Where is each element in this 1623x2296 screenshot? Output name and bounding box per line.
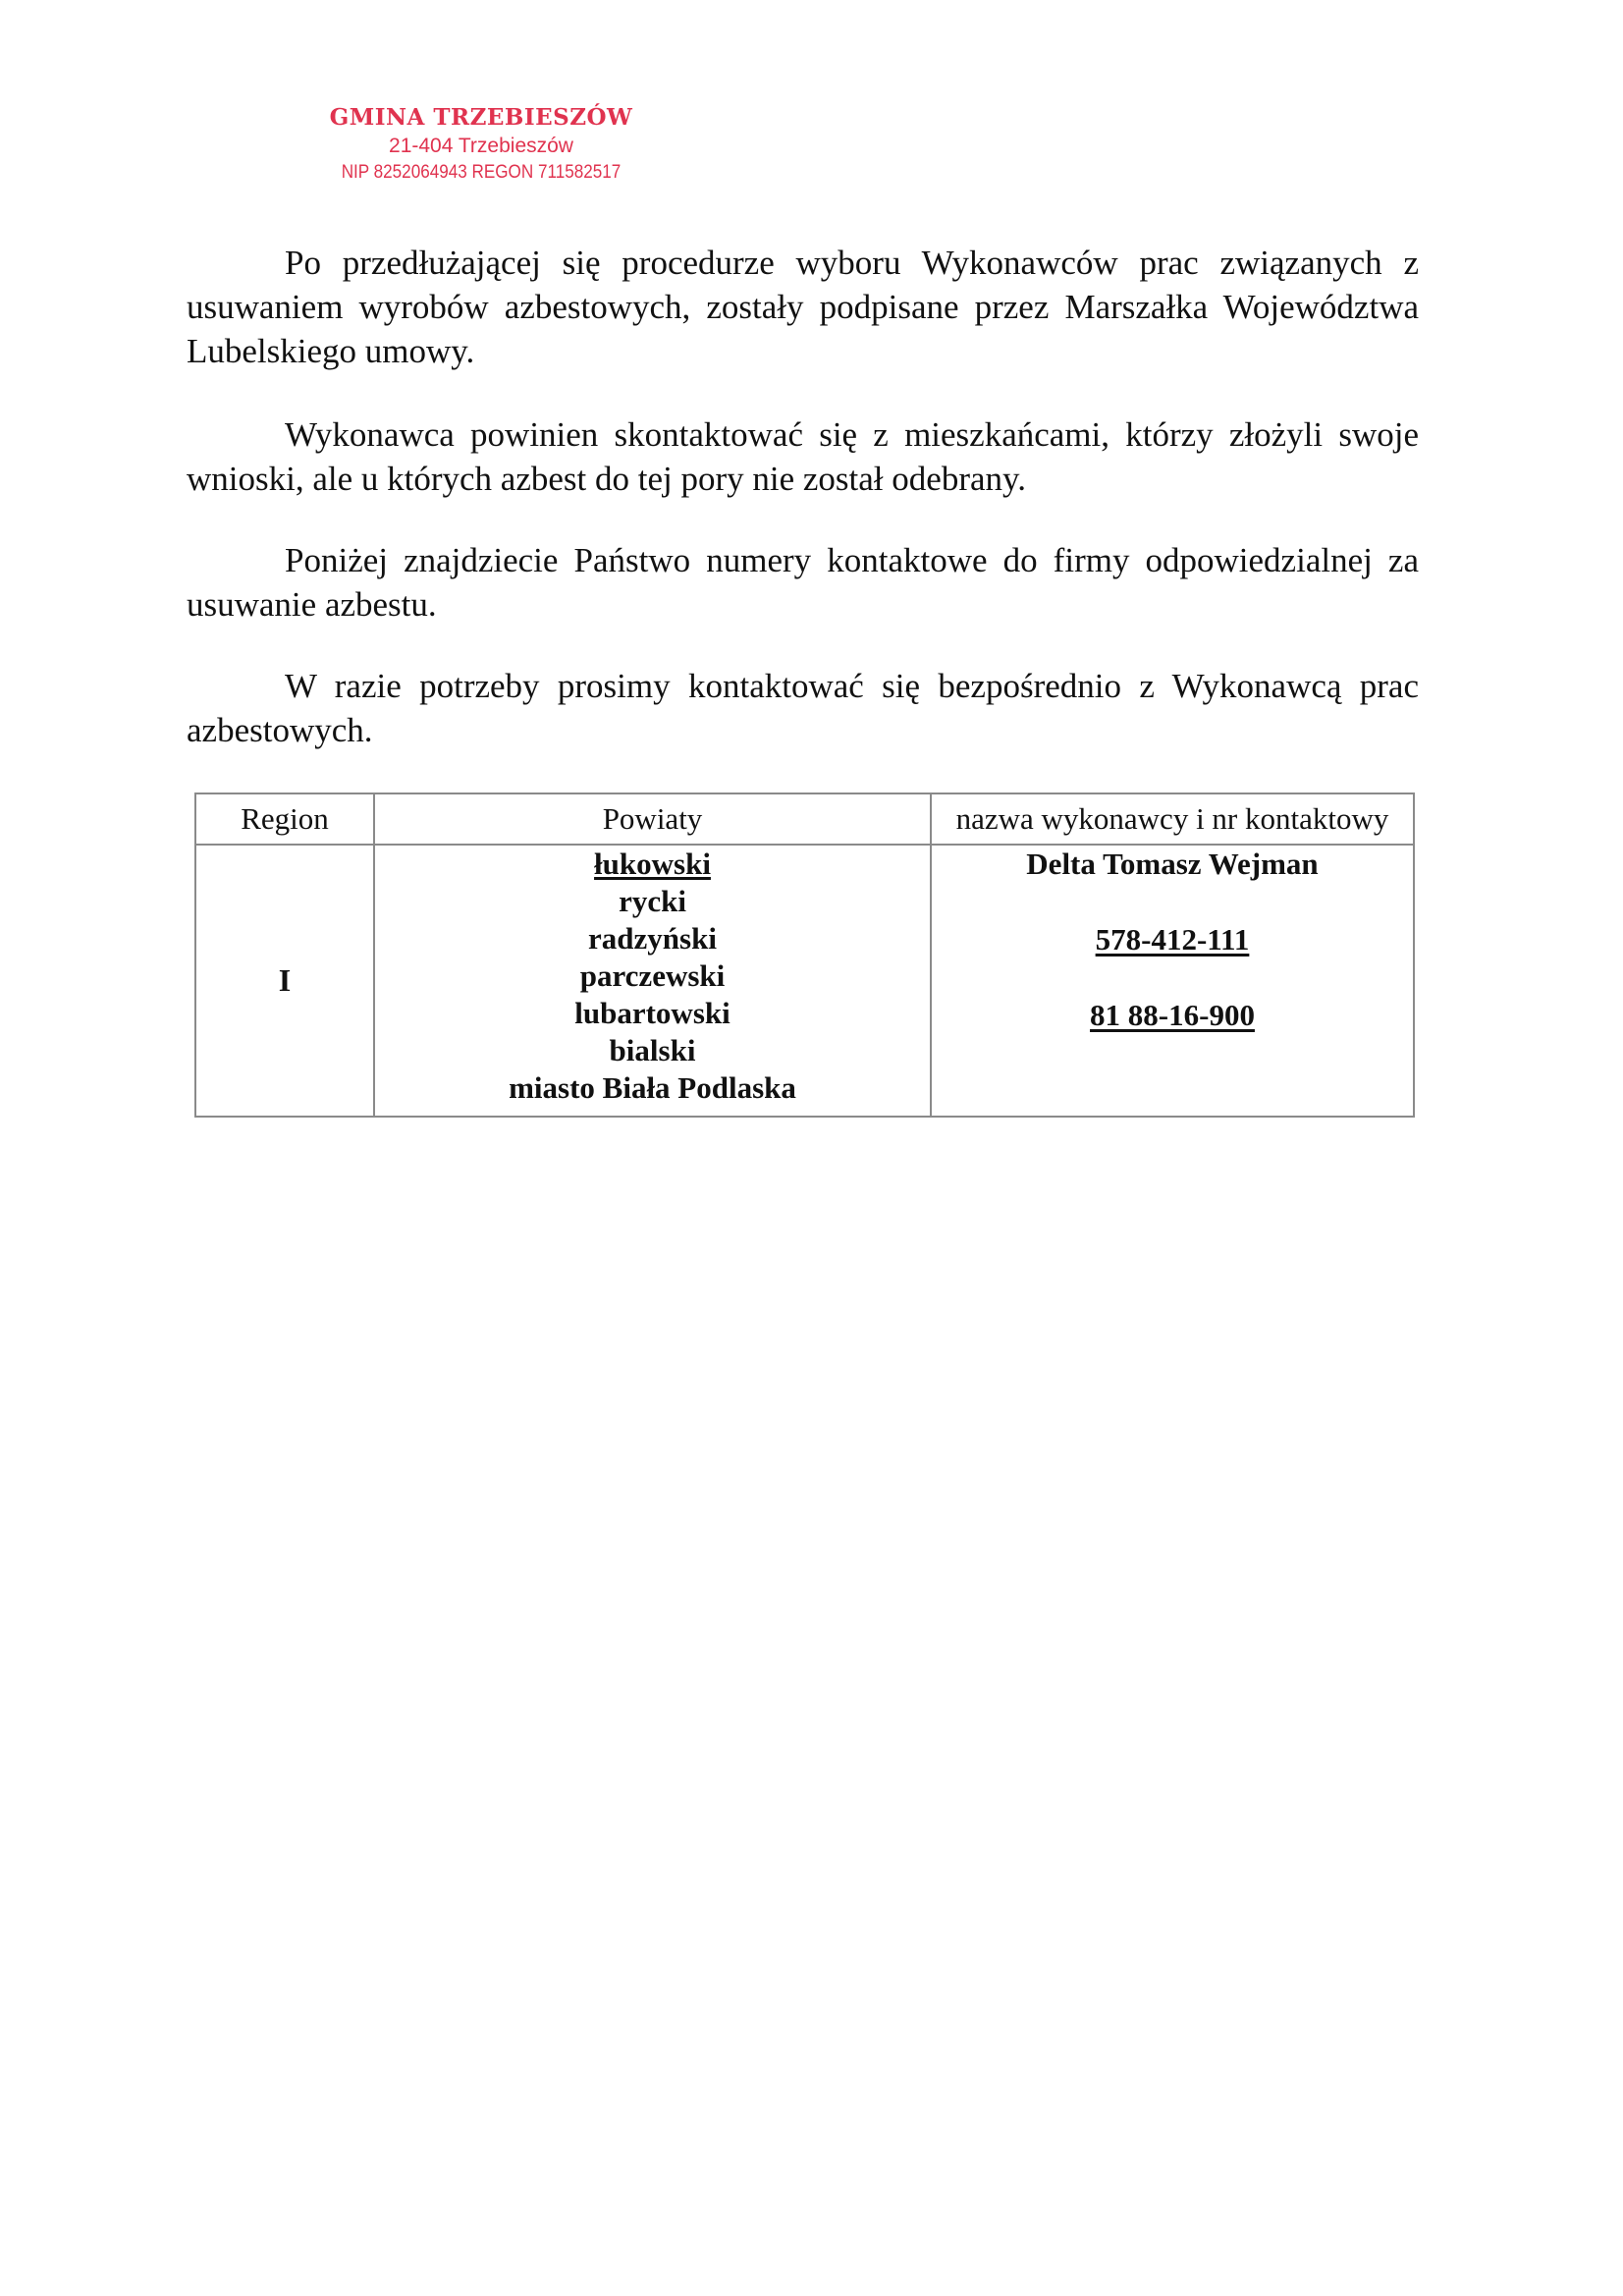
table-header-row: Region Powiaty nazwa wykonawcy i nr kont… [195,793,1414,845]
powiaty-cell: łukowski rycki radzyński parczewski luba… [374,845,931,1117]
powiat-item: lubartowski [375,995,930,1032]
header-contractor: nazwa wykonawcy i nr kontaktowy [931,793,1414,845]
contractor-contacts-table: Region Powiaty nazwa wykonawcy i nr kont… [194,793,1415,1118]
powiat-item: parczewski [375,957,930,995]
powiat-item: miasto Biała Podlaska [375,1069,930,1107]
municipality-stamp: GMINA TRZEBIESZÓW 21-404 Trzebieszów NIP… [324,103,638,186]
contractor-name: Delta Tomasz Wejman [932,846,1413,883]
paragraph-contracts-signed: Po przedłużającej się procedurze wyboru … [187,241,1419,373]
contractor-phone-landline: 81 88-16-900 [932,997,1413,1034]
powiat-item: rycki [375,883,930,920]
document-page: GMINA TRZEBIESZÓW 21-404 Trzebieszów NIP… [0,0,1623,2296]
contractor-cell: Delta Tomasz Wejman 578-412-111 81 88-16… [931,845,1414,1117]
paragraph-contractor-contact: Wykonawca powinien skontaktować się z mi… [187,412,1419,501]
stamp-municipality-name: GMINA TRZEBIESZÓW [324,103,638,133]
paragraph-contact-numbers-below: Poniżej znajdziecie Państwo numery konta… [187,538,1419,627]
powiat-item: łukowski [375,846,930,883]
stamp-tax-ids: NIP 8252064943 REGON 711582517 [340,159,622,186]
header-region: Region [195,793,374,845]
region-cell: I [195,845,374,1117]
table-row: I łukowski rycki radzyński parczewski lu… [195,845,1414,1117]
header-powiaty: Powiaty [374,793,931,845]
powiat-item: radzyński [375,920,930,957]
powiat-item: bialski [375,1032,930,1069]
contractor-phone-mobile: 578-412-111 [932,921,1413,958]
paragraph-contact-directly: W razie potrzeby prosimy kontaktować się… [187,664,1419,752]
stamp-address: 21-404 Trzebieszów [324,133,638,159]
